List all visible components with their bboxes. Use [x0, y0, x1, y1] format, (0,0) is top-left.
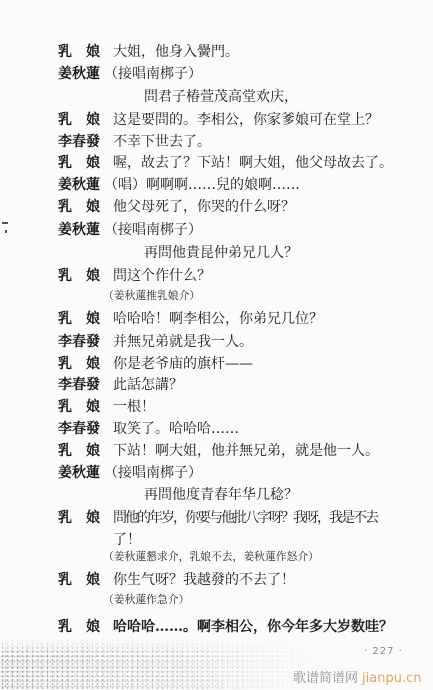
- speaker-name: 乳 娘: [58, 354, 102, 374]
- page-number: · 227 ·: [364, 646, 403, 657]
- stage-direction-text: （姜秋蓮懇求介，乳娘不去，姜秋蓮作怒介）: [103, 548, 319, 566]
- dialogue-text: 了！: [113, 530, 141, 550]
- speaker-name: 乳 娘: [58, 309, 102, 329]
- speaker-name: 李春發: [58, 132, 102, 152]
- watermark-domain: jianpu.cn: [362, 671, 421, 686]
- singing-cue: （接唱南梆子）: [104, 64, 202, 84]
- speaker-name: 乳 娘: [58, 441, 102, 461]
- watermark: 歌谱简谱网jianpu.cn: [293, 667, 421, 686]
- dialogue-text: 此話怎講？: [113, 375, 183, 395]
- speaker-name: 乳 娘: [58, 617, 102, 637]
- speaker-name: 李春發: [58, 332, 102, 352]
- speaker-name: 乳 娘: [58, 570, 102, 590]
- speaker-name: 乳 娘: [58, 266, 102, 286]
- speaker-name: 姜秋蓮: [58, 64, 102, 84]
- dialogue-text: 你生气呀？我越發的不去了！: [113, 570, 295, 590]
- dialogue-text: 取笑了。哈哈哈……: [113, 419, 239, 439]
- speaker-name: 乳 娘: [58, 397, 102, 417]
- lyric-text: 問君子椿萱茂高堂欢庆，: [144, 87, 298, 107]
- dialogue-text: 并無兄弟就是我一人。: [113, 332, 253, 352]
- dialogue-text: 問他的年岁，你要与他批八字呀？我呀，我是不去: [113, 508, 377, 528]
- speaker-name: 李春發: [58, 375, 102, 395]
- watermark-site-name: 歌谱简谱网: [293, 671, 358, 686]
- dialogue-text: （唱）啊啊啊……兒的娘啊……: [104, 175, 300, 195]
- scan-speck: [2, 222, 8, 224]
- stage-direction-text: （姜秋蓮作急介）: [103, 591, 189, 609]
- dialogue-text: 你是老爷庙的旗杆——: [113, 354, 253, 374]
- speaker-name: 姜秋蓮: [58, 463, 102, 483]
- dialogue-text: 喔，故去了？下站！啊大姐，他父母故去了。: [113, 153, 393, 173]
- dialogue-text: 不幸下世去了。: [113, 132, 211, 152]
- stage-direction-text: （姜秋蓮推乳娘介）: [103, 287, 200, 305]
- lyric-text: 再問他度青春年华几稔？: [144, 485, 298, 505]
- scanned-script-page: 乳 娘 大姐，他身入黌門。 姜秋蓮 （接唱南梆子） 問君子椿萱茂高堂欢庆， 乳 …: [0, 0, 433, 690]
- lyric-text: 再問他貴昆仲弟兄几人？: [144, 243, 298, 263]
- dialogue-text: 下站！啊大姐，他并無兄弟，就是他一人。: [113, 441, 379, 461]
- speaker-name: 李春發: [58, 419, 102, 439]
- speaker-name: 乳 娘: [58, 110, 102, 130]
- dialogue-text: 他父母死了，你哭的什么呀？: [113, 197, 295, 217]
- dialogue-text: 大姐，他身入黌門。: [113, 42, 239, 62]
- scan-speck: [5, 230, 7, 233]
- speaker-name: 乳 娘: [58, 197, 102, 217]
- dialogue-text: 哈哈哈……。啊李相公，你今年多大岁数哇？: [113, 617, 393, 637]
- dialogue-text: 哈哈哈！啊李相公，你弟兄几位？: [113, 309, 323, 329]
- speaker-name: 乳 娘: [58, 508, 102, 528]
- speaker-name: 乳 娘: [58, 153, 102, 173]
- singing-cue: （接唱南梆子）: [104, 220, 202, 240]
- singing-cue: （接唱南梆子）: [104, 463, 202, 483]
- speaker-name: 姜秋蓮: [58, 175, 102, 195]
- dialogue-text: 这是要問的。李相公，你家爹娘可在堂上？: [113, 110, 379, 130]
- dialogue-text: 問这个作什么？: [113, 266, 211, 286]
- speaker-name: 姜秋蓮: [58, 220, 102, 240]
- speaker-name: 乳 娘: [58, 42, 102, 62]
- dialogue-text: 一根！: [113, 397, 155, 417]
